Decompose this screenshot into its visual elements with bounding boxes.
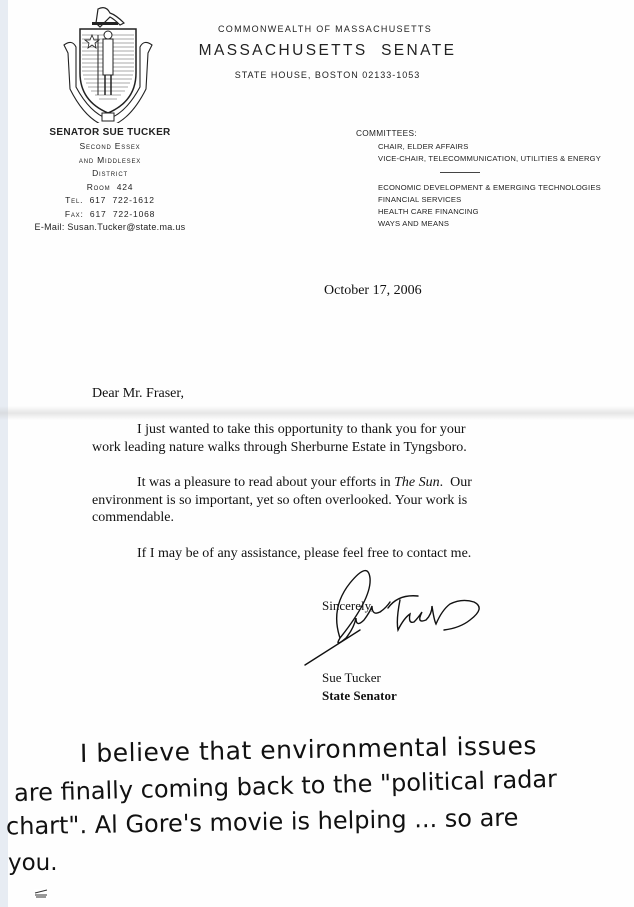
scan-edge [0, 0, 8, 907]
senator-phone: Tel. 617 722-1612 [15, 194, 205, 208]
handwritten-note-line: are finally coming back to the "politica… [14, 765, 558, 807]
senator-room: Room 424 [15, 181, 205, 195]
paragraph-line: It was a pleasure to read about your eff… [92, 474, 512, 492]
letterhead-address: STATE HOUSE, BOSTON 02133-1053 [215, 70, 440, 80]
paragraph-line: environment is so important, yet so ofte… [92, 492, 507, 527]
committees-title: COMMITTEES: [356, 128, 626, 138]
committees-block: COMMITTEES: CHAIR, ELDER AFFAIRS VICE-CH… [356, 128, 626, 231]
letter-paragraph-1: I just wanted to take this opportunity t… [92, 421, 512, 456]
committees-divider [440, 172, 480, 173]
letter-paragraph-2: It was a pleasure to read about your eff… [92, 474, 512, 527]
handwritten-note-line: I believe that environmental issues [80, 731, 537, 768]
letter-date: October 17, 2006 [324, 283, 422, 299]
senator-district-line: and Middlesex [15, 154, 205, 168]
letter-page: COMMONWEALTH OF MASSACHUSETTS MASSACHUSE… [0, 0, 634, 907]
committee-item: HEALTH CARE FINANCING [356, 206, 626, 218]
letterhead-senate: MASSACHUSETTS SENATE [195, 42, 460, 60]
committee-item: FINANCIAL SERVICES [356, 194, 626, 206]
senator-email: E-Mail: Susan.Tucker@state.ma.us [15, 221, 205, 234]
senator-fax: Fax: 617 722-1068 [15, 208, 205, 222]
letterhead-commonwealth: COMMONWEALTH OF MASSACHUSETTS [205, 24, 445, 34]
senator-district-line: Second Essex [15, 140, 205, 154]
paragraph-line: work leading nature walks through Sherbu… [92, 439, 512, 457]
handwritten-note-line: you. [8, 850, 58, 876]
signer-title: State Senator [322, 688, 397, 704]
paragraph-text: It was a pleasure to read about your eff… [137, 475, 394, 490]
massachusetts-seal-icon [58, 5, 158, 123]
letter-salutation: Dear Mr. Fraser, [92, 386, 184, 402]
paragraph-text: . Our [440, 475, 472, 490]
signer-name: Sue Tucker [322, 670, 381, 686]
committee-item: CHAIR, ELDER AFFAIRS [356, 141, 626, 153]
committee-item: VICE-CHAIR, TELECOMMUNICATION, UTILITIES… [356, 153, 626, 165]
paragraph-line: I just wanted to take this opportunity t… [92, 421, 512, 439]
newspaper-title: The Sun [394, 475, 440, 490]
committee-item: ECONOMIC DEVELOPMENT & EMERGING TECHNOLO… [356, 182, 626, 194]
senator-district-line: District [15, 167, 205, 181]
paper-fold-line [0, 406, 634, 420]
committee-item: WAYS AND MEANS [356, 218, 626, 230]
handwritten-note-line: chart". Al Gore's movie is helping ... s… [6, 804, 519, 841]
union-bug-icon [34, 889, 48, 899]
senator-name: SENATOR SUE TUCKER [15, 127, 205, 138]
handwritten-signature [300, 560, 500, 670]
senator-contact-block: SENATOR SUE TUCKER Second Essex and Midd… [15, 127, 205, 234]
